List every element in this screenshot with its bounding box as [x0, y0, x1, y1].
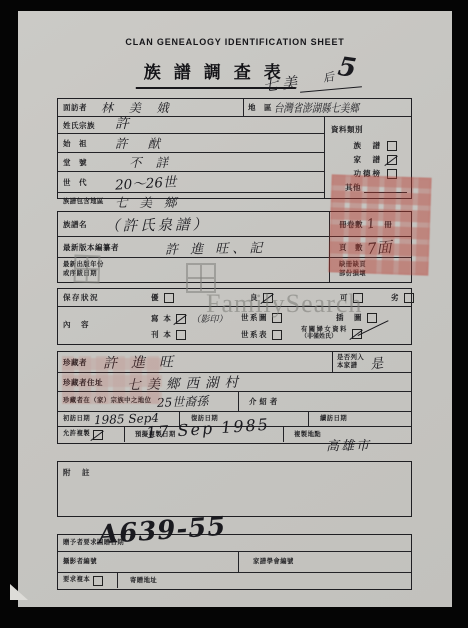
send-address-label: 寄贈地址: [130, 576, 157, 584]
surname-label: 姓氏宗族: [63, 120, 115, 131]
excellent-checkbox: [164, 293, 174, 303]
pedigree-table-checkbox: [272, 330, 282, 340]
cell-area: 地 區 台灣省澎湖縣七美鄉: [243, 99, 411, 116]
form-paper: CLAN GENEALOGY IDENTIFICATION SHEET 族譜調查…: [18, 11, 452, 607]
introducer-label: 介 紹 者: [249, 396, 278, 407]
women-data-label: 有關婦女資料 （非僅姓氏）: [301, 326, 348, 342]
compiler-label: 最新版本編纂者: [63, 242, 119, 253]
material-type-other: 其他: [325, 182, 411, 193]
cell-listed-in-genealogy: 是否列入 本家譜 是: [332, 352, 411, 372]
women-data-label-text: 有關婦女資料: [301, 326, 348, 333]
other-fill-line: [364, 184, 407, 193]
row-coverage-area: 族譜包含地區 七 美 鄉: [58, 192, 324, 211]
manuscript-label: 寫 本: [151, 313, 172, 324]
row-holder: 珍藏者 許進旺 是否列入 本家譜 是: [58, 352, 411, 372]
row-copy-request: 要求複本 寄贈地址: [58, 572, 411, 588]
manuscript-checkbox: [176, 314, 186, 324]
excellent-label: 優: [151, 292, 160, 303]
condition-label: 保存狀況: [63, 292, 99, 303]
first-visit-label: 初訪日期: [63, 415, 90, 423]
condition-excellent: 優: [151, 292, 174, 303]
volume-unit-label: 冊: [384, 219, 392, 230]
generations-value: 20～26世: [115, 170, 177, 193]
holder-position-label: 珍藏者在（家）宗族中之地位: [63, 397, 151, 405]
copy-request-label: 要求複本: [63, 576, 90, 584]
row-interviewee: 面訪者 林 美 娥 地 區 台灣省澎湖縣七美鄉: [58, 99, 411, 117]
printed-edition-checkbox: [176, 330, 186, 340]
coverage-area-value: 七 美 鄉: [115, 193, 180, 211]
copy-divider-1: [124, 427, 125, 442]
missing-damaged-label-line1: 缺冊缺頁: [339, 261, 366, 268]
copy-divider-2: [283, 427, 284, 442]
illustrations-checkbox: [367, 313, 377, 323]
surname-value: 許: [115, 113, 129, 133]
holder-position-value: 25世裔孫: [157, 392, 209, 411]
content-women-data: 有關婦女資料 （非僅姓氏）: [301, 326, 362, 342]
interviewee-label: 面訪者: [63, 102, 87, 113]
hall-name-label: 堂 號: [63, 157, 115, 168]
row-surname: 姓氏宗族 許: [58, 117, 324, 133]
handwritten-place-annotation: 七美: [262, 71, 302, 96]
listed-value: 是: [369, 352, 385, 373]
table-volume-info: 族譜名 （許氏泉譜） 冊卷數 1 冊 最新版本編纂者 許 進 旺、記 頁 數 7…: [57, 211, 412, 283]
page-count-value: 7面: [366, 235, 392, 258]
clan-genealogy-option-label: 族 譜: [354, 140, 383, 151]
poor-checkbox: [404, 293, 414, 303]
visit-divider-2: [308, 412, 309, 426]
other-option-label: 其他: [345, 182, 361, 193]
cell-page-count: 頁 數 7面: [334, 237, 392, 258]
row-genealogy-title: 族譜名 （許氏泉譜） 冊卷數 1 冊: [58, 212, 411, 236]
genealogy-title-value: （許氏泉譜）: [105, 213, 210, 236]
area-label: 地 區: [248, 102, 272, 113]
women-data-note: （非僅姓氏）: [301, 334, 348, 342]
page-count-label: 頁 數: [339, 242, 363, 253]
poor-label: 劣: [391, 292, 400, 303]
volume-count-value: 1: [366, 216, 376, 232]
printed-edition-label: 刊 本: [151, 329, 172, 340]
material-type-option: 功德榜: [325, 168, 411, 179]
copy-request-checkbox: [93, 576, 103, 586]
holder-address-label: 珍藏者住址: [63, 377, 103, 388]
material-type-option: 家 譜: [325, 154, 411, 165]
row-photographer-number: 攝影者編號 家譜學會編號: [58, 551, 411, 572]
merit-board-option-label: 功德榜: [354, 168, 383, 179]
scanned-document: CLAN GENEALOGY IDENTIFICATION SHEET 族譜調查…: [0, 0, 468, 628]
table-clan-info: 面訪者 林 美 娥 地 區 台灣省澎湖縣七美鄉 姓氏宗族 許 始 祖 許 猷: [57, 98, 412, 199]
notes-label: 附 註: [63, 467, 92, 478]
gray-watermark-glyph: [74, 255, 101, 284]
row-generations: 世 代 20～26世: [58, 171, 324, 192]
copy-permission-label: 允許複製: [63, 430, 90, 438]
material-type-option: 族 譜: [325, 140, 411, 151]
holder-value: 許進旺: [103, 351, 187, 372]
generations-label: 世 代: [63, 177, 115, 188]
handwritten-underline-stroke: [300, 86, 362, 92]
first-ancestor-value: 許 猷: [115, 134, 168, 152]
society-number-label: 家譜學會編號: [253, 558, 294, 566]
clan-genealogy-checkbox: [387, 141, 397, 151]
copy-permission-checkbox: [93, 430, 103, 440]
familysearch-watermark: FamilySearch: [206, 289, 362, 319]
t5-divider-1: [238, 552, 239, 572]
t5-divider-2: [117, 573, 118, 588]
first-ancestor-label: 始 祖: [63, 138, 115, 149]
handwritten-number-annotation: 5: [336, 52, 358, 84]
missing-damaged-label-line2: 部份損壞: [339, 270, 366, 277]
family-genealogy-option-label: 家 譜: [354, 154, 383, 165]
listed-label-line1: 是否列入: [337, 354, 364, 361]
content-label: 內 容: [63, 319, 90, 330]
row-first-ancestor: 始 祖 許 猷: [58, 133, 324, 152]
genealogy-title-label: 族譜名: [63, 219, 87, 230]
photographer-number-label: 攝影者編號: [63, 558, 97, 566]
material-type-box: 資料類別 族 譜 家 譜 功德榜 其他: [324, 117, 411, 198]
compiler-value: 許 進 旺、記: [165, 237, 267, 258]
row-holder-address: 珍藏者住址 七美鄉西湖村: [58, 372, 411, 391]
table2-vertical-divider: [329, 212, 330, 282]
copy-location-value: 高雄市: [326, 434, 371, 454]
volume-count-label: 冊卷數: [339, 219, 363, 230]
hall-name-value: 不 詳: [129, 153, 173, 171]
interviewee-value: 林 美 娥: [101, 99, 175, 116]
handwritten-prefix-annotation: 后: [322, 68, 335, 85]
merit-board-checkbox: [387, 169, 397, 179]
condition-poor: 劣: [391, 292, 414, 303]
row-publication-date: 最新出版年份 或序跋日期 缺冊缺頁 部份損壞: [58, 257, 411, 281]
content-printed: 刊 本: [151, 329, 186, 340]
coverage-area-label: 族譜包含地區: [63, 198, 115, 206]
clan-fields: 姓氏宗族 許 始 祖 許 猷 堂 號 不 詳 世 代 20～26世: [58, 117, 324, 198]
missing-damaged-label: 缺冊缺頁 部份損壞: [339, 261, 366, 277]
pedigree-table-label: 世系表: [241, 329, 268, 340]
sheet-title-english: CLAN GENEALOGY IDENTIFICATION SHEET: [18, 37, 452, 47]
row-holder-position: 珍藏者在（家）宗族中之地位 25世裔孫 介 紹 者: [58, 391, 411, 411]
scan-corner-notch: [10, 584, 28, 600]
row-hall-name: 堂 號 不 詳: [58, 152, 324, 171]
family-genealogy-checkbox: [387, 155, 397, 165]
copy-location-label: 複製地點: [294, 430, 321, 438]
listed-label: 是否列入 本家譜: [337, 354, 364, 370]
row-compiler: 最新版本編纂者 許 進 旺、記 頁 數 7面: [58, 236, 411, 257]
notes-box: 附 註: [57, 461, 412, 517]
cell-introducer: 介 紹 者: [238, 392, 411, 411]
area-value: 台灣省澎湖縣七美鄉: [274, 100, 359, 116]
cell-missing-damaged: 缺冊缺頁 部份損壞: [334, 261, 366, 277]
material-type-label: 資料類別: [331, 125, 363, 134]
holder-label: 珍藏者: [63, 357, 87, 368]
content-pedigree-table: 世系表: [241, 329, 282, 340]
listed-label-line2: 本家譜: [337, 362, 357, 369]
cell-volume-count: 冊卷數 1 冊: [334, 217, 392, 232]
followup-visit-label: 續訪日期: [320, 415, 347, 423]
